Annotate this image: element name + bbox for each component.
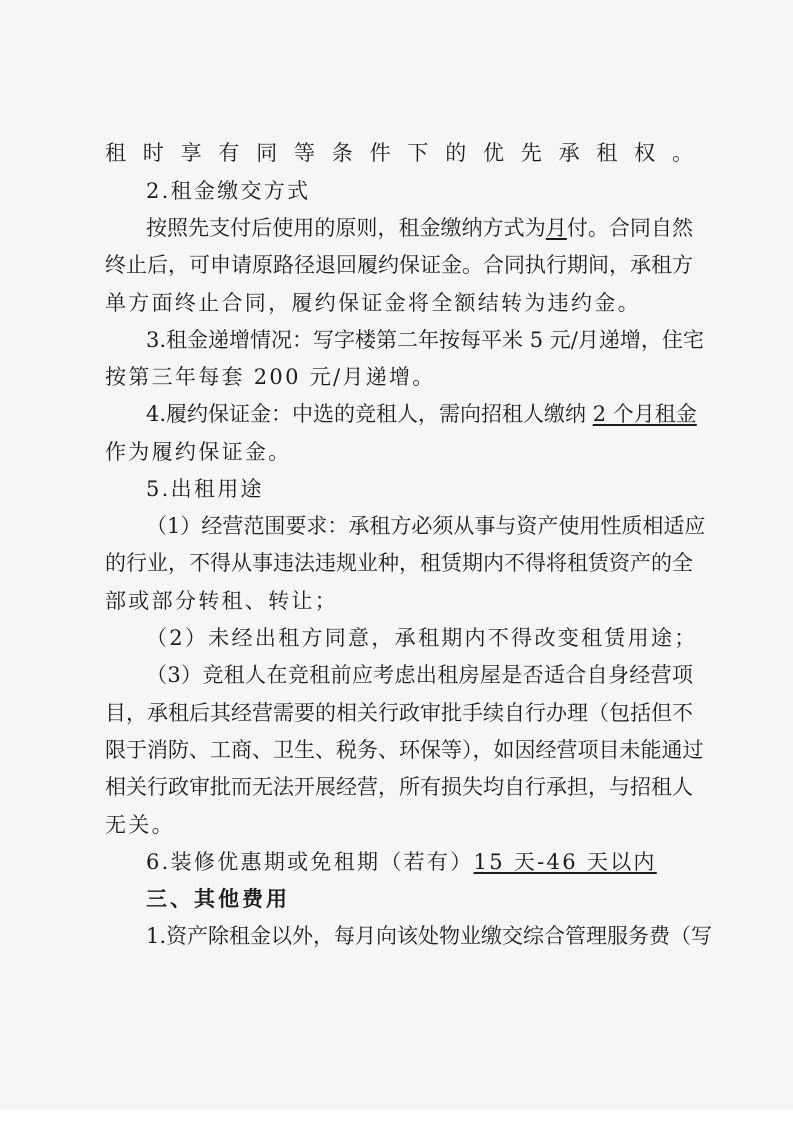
line-text: 付。合同自然 [567,216,693,240]
heading-text: 5.出租用途 [146,477,264,501]
paragraph-line: （3）竞租人在竞租前应考虑出租房屋是否适合自身经营项 [146,662,693,688]
paragraph-line: （2）未经出租方同意，承租期内不得改变租赁用途； [146,625,698,651]
paragraph-line: 1.资产除租金以外，每月向该处物业缴交综合管理服务费（写 [146,923,693,949]
line-text: （1）经营范围要求：承租方必须从事与资产使用性质相适应 [146,514,705,538]
line-text: 相关行政审批而无法开展经营，所有损失均自行承担，与招租人 [105,775,693,799]
heading-text: 2.租金缴交方式 [146,179,310,203]
section-heading-other-fees: 三、其他费用 [146,886,290,912]
section-heading-deposit: 4.履约保证金：中选的竞租人，需向招租人缴纳 2 个月租金 [146,401,693,427]
paragraph-line: 无关。 [105,812,175,838]
underlined-value: 2 个月租金 [593,402,697,426]
line-text: 按照先支付后使用的原则，租金缴纳方式为 [146,216,546,240]
paragraph-line: 作为履约保证金。 [105,439,291,465]
paragraph-line: 的行业，不得从事违法违规业种，租赁期内不得将租赁资产的全 [105,550,693,576]
underlined-value: 15 天-46 天以内 [474,850,657,874]
section-heading-usage: 5.出租用途 [146,476,264,502]
paragraph-line: 限于消防、工商、卫生、税务、环保等），如因经营项目未能通过 [105,737,693,763]
line-text: （2）未经出租方同意，承租期内不得改变租赁用途； [146,626,698,650]
paragraph-line: 按第三年每套 200 元/月递增。 [105,364,436,390]
line-text: 单方面终止合同，履约保证金将全额结转为违约金。 [105,291,641,315]
line-text: 3.租金递增情况：写字楼第二年按每平米 5 元/月递增，住宅 [146,328,704,352]
line-text: 终止后，可申请原路径退回履约保证金。合同执行期间，承租方 [105,253,693,277]
section-heading-rent-payment: 2.租金缴交方式 [146,178,310,204]
paragraph-line: （1）经营范围要求：承租方必须从事与资产使用性质相适应 [146,513,693,539]
line-text: 1.资产除租金以外，每月向该处物业缴交综合管理服务费（写 [146,924,712,948]
line-text: 租时享有同等条件下的优先承租权。 [105,141,693,165]
section-heading-free-rent: 6.装修优惠期或免租期（若有）15 天-46 天以内 [146,849,657,875]
line-text: 无关。 [105,813,175,837]
paragraph-line: 单方面终止合同，履约保证金将全额结转为违约金。 [105,290,641,316]
line-text: 作为履约保证金。 [105,440,291,464]
line-text: 的行业，不得从事违法违规业种，租赁期内不得将租赁资产的全 [105,551,693,575]
line-text: 6.装修优惠期或免租期（若有） [146,850,474,874]
section-heading-rent-increase: 3.租金递增情况：写字楼第二年按每平米 5 元/月递增，住宅 [146,327,693,353]
paragraph-line: 目，承租后其经营需要的相关行政审批手续自行办理（包括但不 [105,700,693,726]
line-text: 限于消防、工商、卫生、税务、环保等），如因经营项目未能通过 [105,738,704,762]
line-text: 4.履约保证金：中选的竞租人，需向招租人缴纳 [146,402,593,426]
line-text: 目，承租后其经营需要的相关行政审批手续自行办理（包括但不 [105,701,693,725]
paragraph-line: 相关行政审批而无法开展经营，所有损失均自行承担，与招租人 [105,774,693,800]
paragraph-line: 按照先支付后使用的原则，租金缴纳方式为月付。合同自然 [146,215,693,241]
line-text: （3）竞租人在竞租前应考虑出租房屋是否适合自身经营项 [146,663,693,687]
underlined-value: 月 [546,216,567,240]
paragraph-line: 终止后，可申请原路径退回履约保证金。合同执行期间，承租方 [105,252,693,278]
line-text: 按第三年每套 200 元/月递增。 [105,365,436,389]
heading-text: 三、其他费用 [146,887,290,911]
paragraph-line: 租时享有同等条件下的优先承租权。 [105,140,693,166]
line-text: 部或部分转租、转让； [105,589,338,613]
document-page: 租时享有同等条件下的优先承租权。 2.租金缴交方式 按照先支付后使用的原则，租金… [0,0,793,1110]
paragraph-line: 部或部分转租、转让； [105,588,338,614]
